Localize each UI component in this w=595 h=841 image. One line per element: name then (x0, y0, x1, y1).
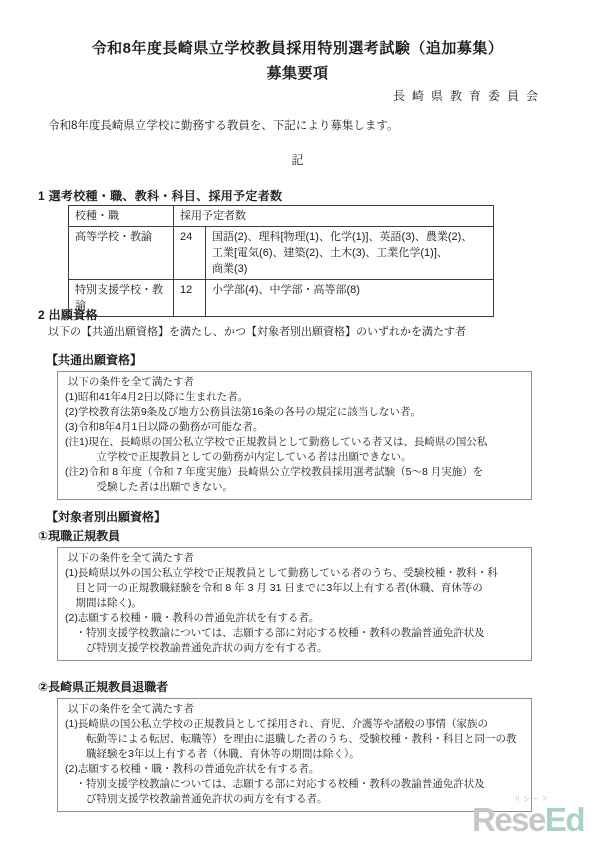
common-eligibility-box: 以下の条件を全て満たす者 (1)昭和41年4月2日以降に生まれた者。 (2)学校… (57, 371, 532, 500)
record-marker: 記 (0, 151, 595, 168)
intro-sentence: 令和8年度長崎県立学校に勤務する教員を、下記により募集します。 (48, 117, 398, 133)
target-eligibility-label: 【対象者別出願資格】 (46, 508, 166, 525)
cell-count: 12 (174, 280, 206, 317)
cell-subjects: 国語(2)、理科[物理(1)、化学(1)]、英語(3)、農業(2)、 工業[電気… (206, 227, 494, 280)
reseed-logo: ReseEd (472, 804, 595, 836)
document-title-line1: 令和8年度長崎県立学校教員採用特別選考試験（追加募集） (0, 37, 595, 58)
planned-hires-table: 校種・職 採用予定者数 高等学校・教諭 24 国語(2)、理科[物理(1)、化学… (68, 205, 494, 317)
section2-lead: 以下の【共通出願資格】を満たし、かつ【対象者別出願資格】のいずれかを満たす者 (48, 323, 466, 339)
section2-heading: 2 出願資格 (38, 306, 98, 323)
col-header-school-type: 校種・職 (69, 206, 174, 227)
reseed-watermark: リシード ReseEd (472, 796, 595, 836)
cell-subjects: 小学部(4)、中学部・高等部(8) (206, 280, 494, 317)
table-header-row: 校種・職 採用予定者数 (69, 206, 494, 227)
group1-eligibility-box: 以下の条件を全て満たす者 (1)長崎県以外の国公私立学校で正規教員として勤務して… (57, 547, 532, 661)
reseed-logo-gray-part: Rese (472, 801, 545, 838)
cell-school-type: 高等学校・教諭 (69, 227, 174, 280)
table-row: 特別支援学校・教諭 12 小学部(4)、中学部・高等部(8) (69, 280, 494, 317)
group2-eligibility-box: 以下の条件を全て満たす者 (1)長崎県の国公私立学校の正規教員として採用され、育… (57, 698, 532, 812)
col-header-planned-hires: 採用予定者数 (174, 206, 494, 227)
reseed-logo-teal-part: Ed (545, 801, 584, 838)
issuing-organization: 長崎県教育委員会 (393, 87, 545, 104)
table-row: 高等学校・教諭 24 国語(2)、理科[物理(1)、化学(1)]、英語(3)、農… (69, 227, 494, 280)
cell-count: 24 (174, 227, 206, 280)
document-page: 令和8年度長崎県立学校教員採用特別選考試験（追加募集） 募集要項 長崎県教育委員… (0, 0, 595, 841)
common-eligibility-label: 【共通出願資格】 (46, 351, 142, 368)
group1-heading: ①現職正規教員 (38, 527, 120, 544)
section1-heading: 1 選考校種・職、教科・科目、採用予定者数 (38, 187, 282, 204)
document-title-line2: 募集要項 (0, 62, 595, 83)
group2-heading: ②長崎県正規教員退職者 (38, 678, 168, 695)
